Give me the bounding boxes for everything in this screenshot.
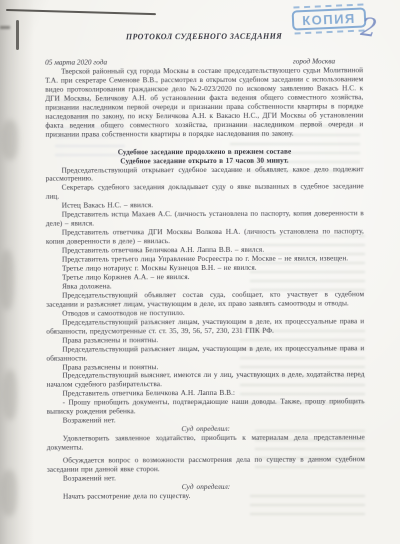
scanned-document-page: КОПИЯ 2 ПРОТОКОЛ СУДЕБНОГО ЗАСЕДАНИЯ 05 … — [0, 0, 400, 544]
paragraph-17: Председательствующий разъясняет лицам, у… — [46, 344, 364, 363]
scan-smudge — [1, 470, 17, 516]
paragraph-24: Удовлетворить заявленное ходатайство, пр… — [47, 433, 365, 452]
stamp-frame: КОПИЯ — [292, 7, 367, 30]
paragraph-25: Обсуждается вопрос о возможности рассмот… — [47, 455, 365, 474]
scan-smudge — [0, 250, 14, 310]
scan-smudge — [3, 370, 17, 420]
page-edge-mark — [0, 26, 10, 29]
paragraph-15: Председательствующий разъясняет лицам, у… — [46, 317, 364, 336]
document-text: ПРОТОКОЛ СУДЕБНОГО ЗАСЕДАНИЯ 05 марта 20… — [45, 31, 365, 501]
paragraph-28: Начать рассмотрение дела по существу. — [47, 491, 365, 501]
document-body: Тверской районный суд города Москвы в со… — [45, 66, 365, 501]
copy-stamp: КОПИЯ — [291, 3, 366, 34]
binding-mark — [16, 20, 19, 50]
paragraph-7: Представитель ответчика ДГИ Москвы Волко… — [46, 228, 364, 247]
paragraph-4: Секретарь судебного заседания докладывае… — [46, 183, 364, 202]
stamp-label: КОПИЯ — [302, 10, 356, 27]
document-title: ПРОТОКОЛ СУДЕБНОГО ЗАСЕДАНИЯ — [45, 31, 363, 41]
paragraph-0: Тверской районный суд города Москвы в со… — [45, 66, 363, 139]
paragraph-19: Председательствующий выясняет, имеются л… — [46, 371, 364, 390]
paragraph-21: - Прошу приобщить документы, подтверждаю… — [47, 398, 365, 417]
document-date: 05 марта 2020 года — [45, 57, 107, 66]
scan-smudge — [2, 120, 18, 160]
document-city: город Москва — [293, 56, 335, 65]
paragraph-13: Председательствующий объявляет состав су… — [46, 290, 364, 309]
